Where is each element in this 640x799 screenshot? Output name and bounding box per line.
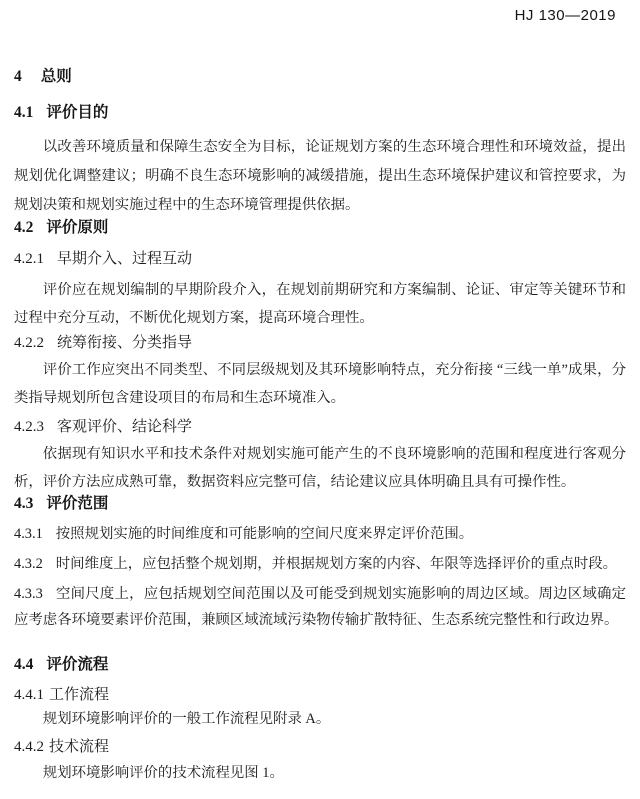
section-number: 4.2 [14,219,33,236]
section-number: 4.4 [14,656,33,673]
subsection-title: 统筹衔接、分类指导 [57,335,192,351]
subsection-number: 4.2.3 [14,419,44,435]
paragraph-4-4-1: 规划环境影响评价的一般工作流程见附录 A。 [14,705,626,733]
subsection-heading-4-2-2: 4.2.2统筹衔接、分类指导 [14,334,626,352]
subsection-title: 早期介入、过程互动 [57,251,192,267]
section-heading-4-4: 4.4评价流程 [14,656,626,674]
subsection-number: 4.2.1 [14,251,44,267]
subsection-heading-4-4-1: 4.4.1工作流程 [14,686,626,704]
section-title: 评价原则 [46,219,108,236]
clause-4-3-3: 4.3.3空间尺度上，应包括规划空间范围以及可能受到规划实施影响的周边区域。周边… [14,581,626,633]
section-title: 评价流程 [46,656,108,673]
clause-number: 4.3.3 [14,586,43,602]
subsection-heading-4-4-2: 4.4.2技术流程 [14,738,626,756]
clause-4-3-2: 4.3.2时间维度上，应包括整个规划期，并根据规划方案的内容、年限等选择评价的重… [14,550,626,578]
subsection-number: 4.2.2 [14,335,44,351]
subsection-title: 客观评价、结论科学 [57,419,192,435]
subsection-title: 工作流程 [49,687,109,703]
subsection-heading-4-2-3: 4.2.3客观评价、结论科学 [14,418,626,436]
paragraph-4-2-2: 评价工作应突出不同类型、不同层级规划及其环境影响特点，充分衔接 “三线一单”成果… [14,356,626,412]
subsection-heading-4-2-1: 4.2.1早期介入、过程互动 [14,250,626,268]
section-title: 评价目的 [46,104,108,121]
document-page: { "header": { "doc_number": "HJ 130—2019… [0,0,640,799]
doc-number: HJ 130—2019 [515,8,616,24]
clause-4-3-1: 4.3.1按照规划实施的时间维度和可能影响的空间尺度来界定评价范围。 [14,520,626,548]
subsection-number: 4.4.2 [14,739,44,755]
section-title: 评价范围 [46,495,108,512]
paragraph-4-2-3: 依据现有知识水平和技术条件对规划实施可能产生的不良环境影响的范围和程度进行客观分… [14,440,626,496]
clause-text: 时间维度上，应包括整个规划期，并根据规划方案的内容、年限等选择评价的重点时段。 [56,556,617,572]
clause-number: 4.3.2 [14,556,43,572]
paragraph-4-2-1: 评价应在规划编制的早期阶段介入，在规划前期研究和方案编制、论证、审定等关键环节和… [14,276,626,332]
subsection-number: 4.4.1 [14,687,44,703]
section-number: 4.1 [14,104,33,121]
section-heading-4-3: 4.3评价范围 [14,495,626,513]
section-heading-4-2: 4.2评价原则 [14,219,626,237]
clause-text: 空间尺度上，应包括规划空间范围以及可能受到规划实施影响的周边区域。周边区域确定应… [14,586,626,628]
clause-number: 4.3.1 [14,526,43,542]
paragraph-4-1: 以改善环境质量和保障生态安全为目标，论证规划方案的生态环境合理性和环境效益，提出… [14,133,626,220]
section-title: 总则 [41,68,72,85]
paragraph-4-4-2: 规划环境影响评价的技术流程见图 1。 [14,759,626,787]
section-number: 4 [14,68,22,85]
subsection-title: 技术流程 [49,739,109,755]
section-number: 4.3 [14,495,33,512]
section-heading-4: 4总则 [14,68,626,86]
section-heading-4-1: 4.1评价目的 [14,104,626,122]
clause-text: 按照规划实施的时间维度和可能影响的空间尺度来界定评价范围。 [56,526,473,542]
